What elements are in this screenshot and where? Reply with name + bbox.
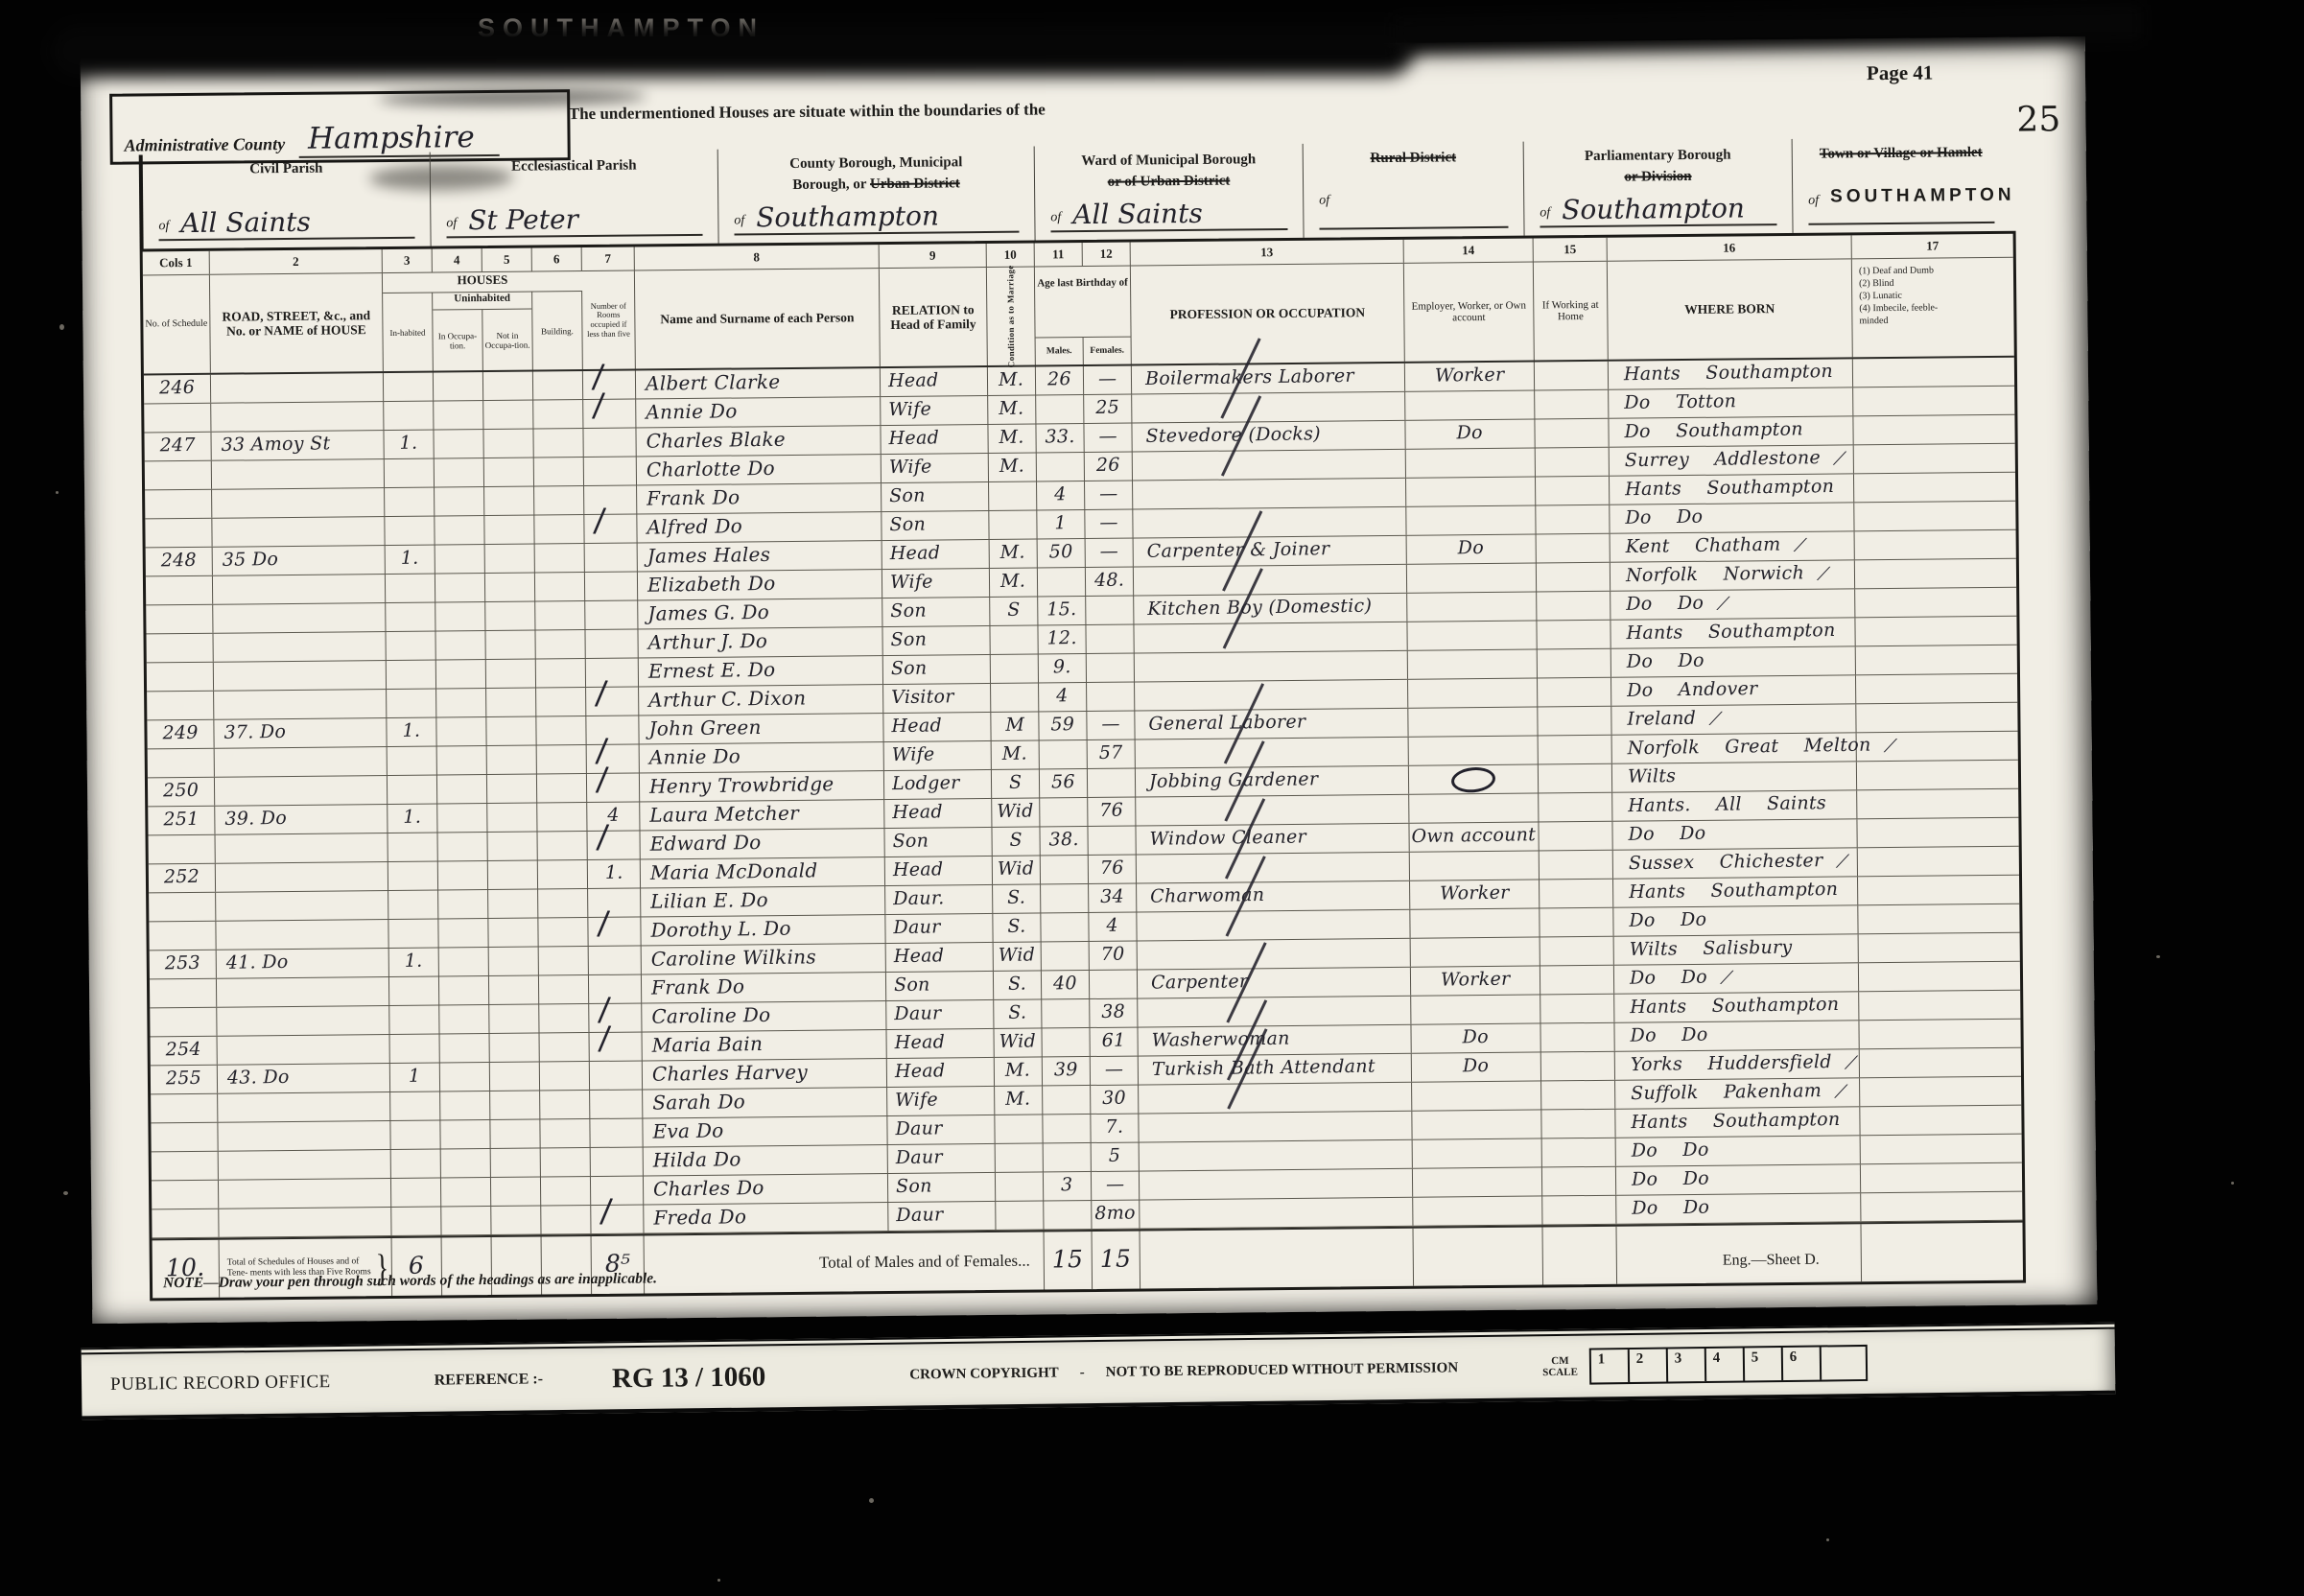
cell-inf <box>1857 818 2018 848</box>
film-speck <box>56 491 59 494</box>
cell-name: Charles Do <box>644 1174 888 1204</box>
district-label-2: or of Urban District <box>1035 173 1303 192</box>
cell-occ <box>1133 450 1406 481</box>
cell-m <box>1044 1201 1092 1229</box>
cell-rel: Head <box>881 367 988 396</box>
cell-born: Do Southampton <box>1609 416 1853 446</box>
cell-m: 40 <box>1042 971 1090 998</box>
col-number: 5 <box>482 248 532 271</box>
cell-inf <box>1853 415 2014 445</box>
cell-rel: Head <box>886 1029 994 1058</box>
district-label: Ecclesiastical Parish <box>431 157 717 176</box>
cell-occ: Jobbing Gardener <box>1136 766 1409 797</box>
district-value: Southampton <box>756 199 939 233</box>
of-label: of <box>1319 194 1329 209</box>
handwritten-value: Stevedore (Docks) <box>1145 423 1321 447</box>
reference-number: RG 13 / 1060 <box>612 1361 766 1395</box>
cell-occ <box>1137 910 1410 941</box>
cell-occ: Stevedore (Docks) <box>1132 421 1405 452</box>
cell-occ: Window Cleaner <box>1136 824 1409 855</box>
cell-occ <box>1134 565 1407 596</box>
col-number: 12 <box>1083 243 1131 266</box>
col-number: 2 <box>210 249 383 274</box>
col-number-text: 10 <box>1004 247 1017 263</box>
cell-inf <box>1855 559 2016 589</box>
cell-road <box>214 661 387 691</box>
handwritten-value: Boilermakers Laborer <box>1145 364 1354 388</box>
handwritten-value: Do Do <box>1629 908 1706 930</box>
ruler-mark-empty <box>1822 1347 1866 1380</box>
cell-cond: S <box>992 827 1040 855</box>
handwritten-value: Yorks Huddersfield <box>1631 1051 1832 1075</box>
cell-sched <box>152 1181 219 1209</box>
cell-rooms: ∕ <box>584 515 637 544</box>
cell-name: Caroline Do <box>642 1001 886 1031</box>
cell-sched <box>147 692 214 720</box>
handwritten-value: — <box>1101 713 1120 734</box>
cell-f: — <box>1085 510 1133 538</box>
district-value: St Peter <box>468 203 578 236</box>
cell-emp <box>1405 391 1535 420</box>
handwritten-value: M. <box>1000 570 1025 591</box>
cell-rooms: ∕ <box>583 371 636 400</box>
cell-born: Do Andover <box>1611 675 1856 705</box>
enumerator-slash-mark: ∕ <box>595 760 609 799</box>
handwritten-value: — <box>1099 482 1118 504</box>
handwritten-value: Charles Harvey <box>652 1060 808 1085</box>
cell-road <box>217 1006 389 1036</box>
district-label-2: or Division <box>1524 168 1792 187</box>
cell-f: 48. <box>1086 568 1134 596</box>
cell-born: Ireland∕ <box>1611 704 1856 734</box>
cell-rooms <box>583 429 636 458</box>
cell-emp <box>1412 1081 1541 1110</box>
cell-emp <box>1413 1196 1542 1225</box>
cell-m: 33. <box>1036 424 1084 452</box>
cell-name: Laura Metcher <box>640 800 884 830</box>
cell-cond: M. <box>992 740 1040 768</box>
cell-inf <box>1854 444 2015 474</box>
cell-sched <box>144 404 211 433</box>
cell-emp: Do <box>1412 1052 1541 1081</box>
cell-m: 59 <box>1039 712 1087 739</box>
handwritten-value: 9. <box>1053 656 1071 677</box>
handwritten-value: 1. <box>401 547 419 568</box>
handwritten-value: Wilts Salisbury <box>1630 936 1793 960</box>
cell-f: — <box>1092 1172 1140 1200</box>
handwritten-value: Lodger <box>892 772 960 794</box>
cell-occ <box>1133 479 1406 509</box>
header-not-in-occupation: Not in Occupa-tion. <box>482 310 532 370</box>
cell-notoc <box>487 804 537 832</box>
handwritten-value: Head <box>891 715 942 737</box>
cell-inf <box>1860 1048 2021 1078</box>
cell-emp: Do <box>1405 420 1535 449</box>
cell-occ <box>1136 738 1409 768</box>
cell-inf <box>1858 904 2019 934</box>
cell-name: Ernest E. Do <box>639 656 883 686</box>
cell-rel: Daur <box>888 1202 996 1231</box>
cell-sched <box>146 605 213 634</box>
handwritten-value: 1. <box>402 719 420 740</box>
cell-cond: S. <box>994 999 1042 1027</box>
cell-rooms: 4 <box>587 802 640 831</box>
cell-f: 61 <box>1090 1028 1138 1056</box>
district-value-line: of <box>1319 192 1508 230</box>
cell-road <box>218 1092 390 1122</box>
cell-born: Do Do <box>1610 503 1854 532</box>
cell-f <box>1086 625 1134 653</box>
census-sheet: Administrative County Hampshire The unde… <box>81 36 2098 1324</box>
cell-m: 9. <box>1039 654 1087 682</box>
cell-home <box>1541 1110 1615 1138</box>
cell-inh <box>385 517 435 545</box>
cell-rel: Head <box>884 799 992 828</box>
cell-m: 26 <box>1036 366 1084 394</box>
of-label: of <box>1050 210 1061 225</box>
cell-rel: Son <box>883 655 991 684</box>
cell-road <box>218 1035 390 1065</box>
district-value: Southampton <box>1562 192 1745 225</box>
cell-rel: Head <box>881 425 988 454</box>
cell-rel: Wife <box>882 454 989 482</box>
census-form: Cols 1234567891011121314151617 No. of Sc… <box>140 231 2026 1302</box>
cell-inh <box>388 776 437 804</box>
cell-born: Sussex Chichester∕ <box>1613 848 1858 878</box>
cell-notoc <box>485 602 535 630</box>
handwritten-value: S <box>1009 771 1023 792</box>
cell-occ <box>1139 1083 1412 1114</box>
district-label: Ward of Municipal Borough <box>1035 152 1303 171</box>
cell-emp <box>1409 794 1539 823</box>
cell-f: 25 <box>1084 395 1132 423</box>
cell-inoc <box>436 660 486 688</box>
cell-notoc <box>486 717 536 745</box>
cell-bldg <box>537 832 587 859</box>
handwritten-value: Wife <box>892 743 935 765</box>
cell-f: 4 <box>1089 913 1137 941</box>
cell-bldg <box>541 1148 591 1176</box>
cell-inh: 1. <box>387 718 436 746</box>
cell-born: Suffolk Pakenham∕ <box>1615 1078 1860 1108</box>
cell-inoc <box>439 976 489 1004</box>
cell-inh <box>384 402 434 430</box>
film-speck <box>1826 1538 1829 1541</box>
cell-home <box>1537 592 1610 621</box>
cell-home <box>1540 880 1613 908</box>
cell-bldg <box>535 630 585 658</box>
col-number: 8 <box>635 245 880 270</box>
cell-sched <box>148 749 215 778</box>
handwritten-value: 38 <box>1101 1000 1125 1021</box>
cell-occ <box>1139 1112 1412 1142</box>
cell-bldg <box>536 688 586 716</box>
col-number-text: 4 <box>454 252 460 268</box>
check-stroke-mark: ∕ <box>1719 592 1726 618</box>
cell-born: Norfolk Norwich∕ <box>1610 560 1855 590</box>
header-inhabited: In-habited <box>383 293 434 371</box>
cell-m <box>1044 1143 1092 1171</box>
cell-name: Alfred Do <box>637 512 882 542</box>
cell-rel: Head <box>886 943 994 972</box>
cell-notoc <box>485 631 535 659</box>
handwritten-value: 251 <box>163 808 199 830</box>
handwritten-value: Daur <box>896 1146 943 1168</box>
cell-emp <box>1412 1110 1541 1138</box>
header-infirmities: (1) Deaf and Dumb (2) Blind (3) Lunatic … <box>1852 258 2014 358</box>
handwritten-value: 1 <box>409 1065 421 1086</box>
cell-inh: 1. <box>389 949 439 976</box>
handwritten-value: Do <box>1463 1054 1490 1075</box>
header-age-group: Age last Birthday of Males. Females. <box>1035 267 1132 365</box>
handwritten-value: Daur <box>893 916 940 938</box>
cell-bldg <box>535 544 585 572</box>
district-label: County Borough, Municipal <box>718 154 1034 174</box>
cell-sched <box>145 490 212 519</box>
cell-name: Dorothy L. Do <box>641 915 885 945</box>
cell-cond <box>996 1143 1044 1171</box>
cell-home <box>1538 649 1611 678</box>
cell-road <box>216 833 388 863</box>
cell-m <box>1042 999 1090 1027</box>
cell-f: 76 <box>1089 856 1137 883</box>
handwritten-value: 253 <box>165 951 200 974</box>
handwritten-value: Hants Southampton <box>1624 360 1833 384</box>
cell-rooms <box>589 946 642 974</box>
handwritten-value: Head <box>893 858 944 880</box>
handwritten-value: Worker <box>1441 968 1511 990</box>
handwritten-value: Do <box>1457 421 1484 442</box>
cell-emp <box>1409 737 1539 765</box>
cell-inf <box>1859 991 2020 1021</box>
cell-road <box>212 488 385 518</box>
cell-emp <box>1406 506 1536 535</box>
cell-inoc <box>441 1207 491 1234</box>
cell-bldg <box>537 774 587 802</box>
district-label-text: Civil Parish <box>249 161 322 177</box>
cell-cond <box>989 511 1037 539</box>
handwritten-value: 56 <box>1051 771 1075 792</box>
cell-inh <box>388 891 438 919</box>
col-number-text: 17 <box>1926 238 1939 253</box>
cell-road: 37. Do <box>214 718 387 748</box>
cell-notoc <box>486 660 536 688</box>
cell-born: Hants Southampton <box>1610 474 1854 504</box>
col-number-text: 9 <box>929 248 936 264</box>
cell-rel: Son <box>882 598 990 626</box>
cell-f: 26 <box>1085 453 1133 481</box>
cell-bldg <box>540 1062 590 1090</box>
handwritten-value: Wife <box>895 1089 938 1111</box>
cell-home <box>1541 1081 1615 1110</box>
handwritten-value: Daur. <box>893 887 945 909</box>
cell-inh: 1 <box>390 1064 440 1091</box>
cell-home <box>1535 419 1609 448</box>
cell-born: Hants. All Saints <box>1612 790 1857 820</box>
handwritten-value: Do Southampton <box>1624 418 1803 442</box>
cell-name: James Hales <box>638 541 882 571</box>
handwritten-value: Wilts <box>1628 764 1677 786</box>
cell-born: Do Do <box>1612 819 1857 849</box>
cell-inf <box>1857 732 2018 762</box>
cell-born: Do Do∕ <box>1610 589 1855 619</box>
header-uninhabited-group: Uninhabited In Occupa-tion. Not in Occup… <box>433 293 533 371</box>
handwritten-value: Hants Southampton <box>1630 993 1839 1017</box>
cell-sched: 254 <box>151 1037 218 1066</box>
cell-born: Do Totton <box>1609 387 1853 417</box>
cell-inh <box>391 1208 441 1235</box>
handwritten-value: Head <box>894 945 945 967</box>
handwritten-value: Worker <box>1435 364 1505 386</box>
cell-cond: S. <box>994 971 1042 998</box>
cell-inoc <box>440 1091 490 1119</box>
cell-occ <box>1135 680 1408 711</box>
scale-label: CM SCALE <box>1542 1355 1578 1378</box>
handwritten-value: M <box>1005 714 1024 735</box>
cell-occ <box>1132 392 1405 423</box>
cell-inh <box>391 1179 441 1207</box>
cell-notoc <box>484 516 534 544</box>
handwritten-value: 39. Do <box>224 807 287 829</box>
cell-cond <box>996 1201 1044 1229</box>
cell-sched: 247 <box>144 433 211 461</box>
handwritten-value: Do <box>1463 1025 1490 1046</box>
cell-road: 41. Do <box>217 949 389 978</box>
handwritten-value: Caroline Wilkins <box>651 945 816 971</box>
enumerator-slash-mark: ∕ <box>591 386 605 425</box>
cell-notoc <box>485 574 535 601</box>
handwritten-value: 1 <box>1055 512 1068 533</box>
cell-occ: General Laborer <box>1135 709 1408 739</box>
cell-name: Charles Harvey <box>643 1059 887 1089</box>
col-number-text: 16 <box>1723 241 1735 256</box>
cell-emp <box>1410 908 1540 937</box>
cell-inoc <box>437 746 487 774</box>
cell-notoc <box>490 1091 540 1119</box>
cell-inf <box>1856 645 2017 675</box>
handwritten-value: 26 <box>1096 454 1120 475</box>
cell-inoc <box>437 804 487 832</box>
cell-name: Albert Clarke <box>636 368 881 398</box>
cell-rooms <box>590 1061 643 1090</box>
handwritten-value: 39 <box>1054 1059 1078 1080</box>
cell-inf <box>1859 933 2020 963</box>
handwritten-value: M. <box>999 368 1023 389</box>
handwritten-value: Do Do <box>1628 822 1705 844</box>
cell-m: 4 <box>1037 481 1085 509</box>
handwritten-value: Arthur J. Do <box>647 628 767 653</box>
handwritten-value: Edward Do <box>649 830 761 855</box>
handwritten-value: Frank Do <box>647 485 741 509</box>
cell-emp: Worker <box>1410 880 1540 908</box>
cell-inoc <box>440 1063 490 1091</box>
handwritten-value: 4 <box>1056 685 1069 706</box>
district-value-line: ofSouthampton <box>1540 189 1776 227</box>
handwritten-value: 43. Do <box>227 1066 290 1088</box>
handwritten-value: Dorothy L. Do <box>650 916 791 941</box>
district-5: Rural Districtof <box>1304 142 1525 238</box>
cell-rooms <box>585 573 638 601</box>
cell-road <box>215 776 388 806</box>
cell-bldg <box>541 1177 591 1205</box>
handwritten-value: Laura Metcher <box>649 801 799 826</box>
cell-name: Hilda Do <box>644 1145 888 1175</box>
cell-rel: Visitor <box>883 684 991 713</box>
handwritten-value: 41. Do <box>226 951 289 973</box>
office-label: PUBLIC RECORD OFFICE <box>110 1372 331 1396</box>
cell-name: Frank Do <box>637 483 882 513</box>
cell-born: Do Do <box>1616 1136 1861 1165</box>
cell-cond <box>990 626 1038 654</box>
cell-road <box>213 632 386 662</box>
folio-number: 25 <box>2016 100 2060 139</box>
handwritten-value: Hilda Do <box>653 1147 741 1171</box>
cell-sched <box>152 1209 219 1238</box>
cell-home <box>1536 477 1610 505</box>
handwritten-value: Norfolk Great Melton <box>1628 734 1871 759</box>
cell-f <box>1086 597 1134 624</box>
cell-inoc <box>441 1178 491 1206</box>
handwritten-value: 5 <box>1109 1144 1121 1165</box>
cell-home <box>1539 764 1612 793</box>
cell-inh <box>388 920 438 948</box>
handwritten-value: 33. <box>1045 426 1074 447</box>
film-speck <box>2156 955 2160 958</box>
cell-rooms: ∕ <box>588 917 641 946</box>
cell-sched <box>147 663 214 692</box>
cell-notoc <box>484 458 534 486</box>
header-age: Age last Birthday of <box>1035 267 1131 338</box>
cell-inh: 1. <box>384 431 434 458</box>
handwritten-value: James G. Do <box>647 599 769 624</box>
handwritten-value: Freda Do <box>653 1205 746 1229</box>
handwritten-value: 34 <box>1100 885 1124 906</box>
cell-bldg <box>536 716 586 744</box>
header-schedule: No. of Schedule <box>143 275 211 374</box>
cell-rel: Wife <box>884 741 992 770</box>
cell-born: Hants Southampton <box>1614 992 1859 1021</box>
cell-inh <box>388 747 437 775</box>
handwritten-value: 1. <box>405 950 423 971</box>
handwritten-value: Wid <box>999 1030 1037 1052</box>
cell-rooms <box>591 1176 644 1205</box>
handwritten-value: 4 <box>1054 483 1067 505</box>
cell-m <box>1036 395 1084 423</box>
cell-name: Eva Do <box>643 1116 887 1146</box>
cell-inf <box>1859 1020 2020 1049</box>
cell-cond: M. <box>990 540 1038 568</box>
header-profession: PROFESSION OR OCCUPATION <box>1131 264 1405 364</box>
handwritten-value: Son <box>894 974 930 996</box>
cell-inoc <box>440 1034 490 1062</box>
district-row: Civil ParishofAll SaintsEcclesiastical P… <box>139 137 2014 249</box>
handwritten-value: 25 <box>1095 396 1119 417</box>
cell-inh: 1. <box>388 805 437 833</box>
handwritten-value: M. <box>1000 541 1025 562</box>
handwritten-value: Sussex Chichester <box>1629 850 1823 874</box>
cell-inoc <box>434 401 483 429</box>
district-label-struck: Town or Village or Hamlet <box>1820 145 1983 162</box>
cell-road: 33 Amoy St <box>211 431 384 460</box>
cell-road <box>215 747 388 777</box>
cell-rel: Son <box>884 828 992 857</box>
cell-born: Wilts Salisbury <box>1614 934 1859 964</box>
cell-cond: S <box>992 769 1040 797</box>
handwritten-value: Albert Clarke <box>646 369 781 394</box>
ruler-mark: 3 <box>1668 1349 1706 1382</box>
cell-cond: Wid <box>994 942 1042 970</box>
cell-inoc <box>435 545 485 573</box>
